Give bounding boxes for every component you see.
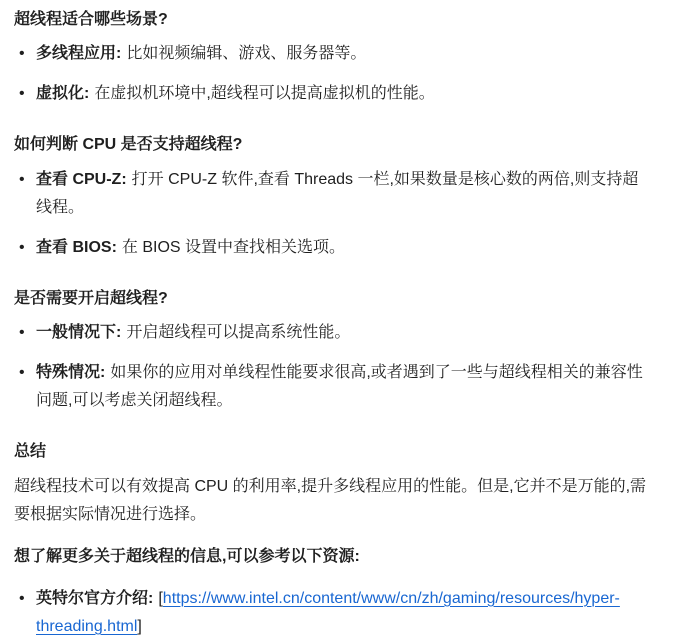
check-list: •查看 CPU-Z:打开 CPU-Z 软件,查看 Threads 一栏,如果数量… — [14, 166, 651, 262]
list-item-label: 一般情况下: — [36, 324, 121, 341]
scenarios-list: •多线程应用:比如视频编辑、游戏、服务器等。 •虚拟化:在虚拟机环境中,超线程可… — [14, 40, 651, 108]
list-item-label: 查看 CPU-Z: — [36, 171, 127, 188]
list-item: •虚拟化:在虚拟机环境中,超线程可以提高虚拟机的性能。 — [14, 80, 651, 108]
list-item-text: 在虚拟机环境中,超线程可以提高虚拟机的性能。 — [94, 85, 434, 102]
list-item-label: 多线程应用: — [36, 45, 121, 62]
section-heading-summary: 总结 — [14, 441, 651, 463]
bullet-icon: • — [19, 80, 25, 108]
list-item-text: 在 BIOS 设置中查找相关选项。 — [122, 239, 345, 256]
list-item: •英特尔官方介绍:[https://www.intel.cn/content/w… — [14, 585, 651, 640]
list-item: •多线程应用:比如视频编辑、游戏、服务器等。 — [14, 40, 651, 68]
section-heading-scenarios: 超线程适合哪些场景? — [14, 9, 651, 31]
bullet-icon: • — [19, 359, 25, 387]
list-item-label: 查看 BIOS: — [36, 239, 117, 256]
list-item-text: 比如视频编辑、游戏、服务器等。 — [126, 45, 366, 62]
list-item-label: 英特尔官方介绍: — [36, 590, 153, 607]
bullet-icon: • — [19, 319, 25, 347]
list-item: •特殊情况:如果你的应用对单线程性能要求很高,或者遇到了一些与超线程相关的兼容性… — [14, 359, 651, 415]
list-item-text: 开启超线程可以提高系统性能。 — [126, 324, 350, 341]
document-body: 超线程适合哪些场景? •多线程应用:比如视频编辑、游戏、服务器等。 •虚拟化:在… — [0, 0, 673, 640]
list-item-text: 如果你的应用对单线程性能要求很高,或者遇到了一些与超线程相关的兼容性问题,可以考… — [36, 364, 643, 409]
close-bracket: ] — [137, 618, 141, 635]
resources-intro: 想了解更多关于超线程的信息,可以参考以下资源: — [14, 543, 651, 571]
list-item: •查看 BIOS:在 BIOS 设置中查找相关选项。 — [14, 234, 651, 262]
list-item: •一般情况下:开启超线程可以提高系统性能。 — [14, 319, 651, 347]
section-heading-check: 如何判断 CPU 是否支持超线程? — [14, 134, 651, 156]
list-item-label: 虚拟化: — [36, 85, 89, 102]
bullet-icon: • — [19, 40, 25, 68]
summary-paragraph: 超线程技术可以有效提高 CPU 的利用率,提升多线程应用的性能。但是,它并不是万… — [14, 473, 651, 529]
bullet-icon: • — [19, 585, 25, 613]
list-item-label: 特殊情况: — [36, 364, 105, 381]
list-item: •查看 CPU-Z:打开 CPU-Z 软件,查看 Threads 一栏,如果数量… — [14, 166, 651, 222]
section-heading-enable: 是否需要开启超线程? — [14, 288, 651, 310]
resources-list: •英特尔官方介绍:[https://www.intel.cn/content/w… — [14, 585, 651, 640]
bullet-icon: • — [19, 234, 25, 262]
bullet-icon: • — [19, 166, 25, 194]
enable-list: •一般情况下:开启超线程可以提高系统性能。 •特殊情况:如果你的应用对单线程性能… — [14, 319, 651, 415]
